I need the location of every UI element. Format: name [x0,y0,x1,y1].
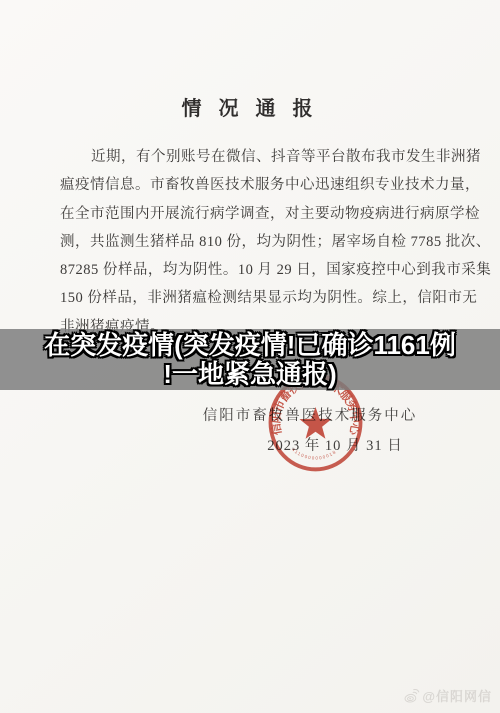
document-body: 近期，有个别账号在微信、抖音等平台散布我市发生非洲猪 瘟疫情信息。市畜牧兽医技术… [60,143,442,341]
body-line: 150 份样品，非洲猪瘟检测结果显示均为阴性。综上，信阳市无 [60,284,442,312]
document-title: 情 况 通 报 [0,92,500,121]
document-photo: 情 况 通 报 近期，有个别账号在微信、抖音等平台散布我市发生非洲猪 瘟疫情信息… [0,0,500,713]
weibo-icon [403,688,420,703]
watermark-handle: @信阳网信 [422,686,492,705]
caption-overlay-banner: 在突发疫情(突发疫情!已确诊1161例 !一地紧急通报) [0,329,500,390]
watermark: @信阳网信 [403,686,492,705]
body-line: 87285 份样品，均为阴性。10 月 29 日，国家疫控中心到我市采集 [60,256,442,284]
caption-line-2: !一地紧急通报) [163,360,336,389]
seal-star-icon [299,407,331,439]
caption-line-1: 在突发疫情(突发疫情!已确诊1161例 [44,331,456,360]
body-line: 测，共监测生猪样品 810 份，均为阴性；屠宰场自检 7785 批次、 [60,228,442,256]
seal-code-text: 4110000000018 [291,447,337,461]
body-line: 瘟疫情信息。市畜牧兽医技术服务中心迅速组织专业技术力量， [60,171,442,199]
svg-text:4110000000018: 4110000000018 [291,447,337,461]
body-line: 在全市范围内开展流行病学调查，对主要动物疫病进行病原学检 [60,200,442,228]
body-line: 近期，有个别账号在微信、抖音等平台散布我市发生非洲猪 [60,143,442,171]
